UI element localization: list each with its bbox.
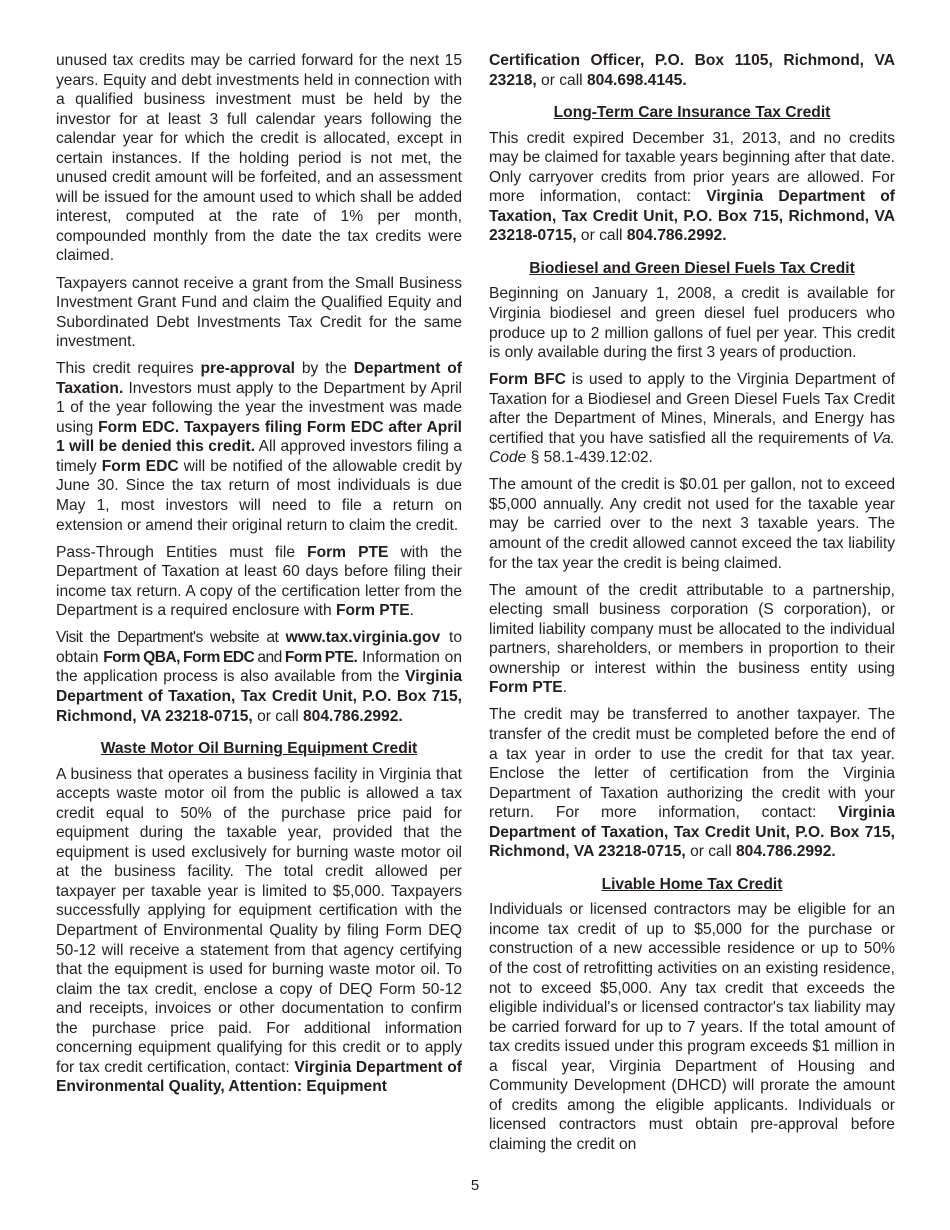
website-link[interactable]: www.tax.virginia.gov xyxy=(286,629,441,646)
text: and xyxy=(254,649,285,666)
emphasis: Form PTE. xyxy=(285,649,357,666)
text: Visit the Department's website at xyxy=(56,629,286,646)
right-column: Certification Officer, P.O. Box 1105, Ri… xyxy=(489,51,895,1162)
emphasis: Form PTE xyxy=(336,602,410,619)
section-heading-livable-home: Livable Home Tax Credit xyxy=(489,875,895,895)
text: The amount of the credit attributable to… xyxy=(489,582,895,677)
text: . xyxy=(410,602,414,619)
emphasis: Form QBA, Form EDC xyxy=(103,649,254,666)
partnership-allocation-paragraph: The amount of the credit attributable to… xyxy=(489,581,895,698)
text: . xyxy=(563,679,567,696)
small-business-grant-paragraph: Taxpayers cannot receive a grant from th… xyxy=(56,274,462,352)
section-heading-biodiesel: Biodiesel and Green Diesel Fuels Tax Cre… xyxy=(489,259,895,279)
pre-approval-paragraph: This credit requires pre-approval by the… xyxy=(56,359,462,535)
emphasis: Form PTE xyxy=(307,544,388,561)
page-number: 5 xyxy=(0,1177,950,1194)
text: A business that operates a business faci… xyxy=(56,766,462,1076)
text: by the xyxy=(295,360,354,377)
emphasis: Form PTE xyxy=(489,679,563,696)
text: § 58.1-439.12:02. xyxy=(526,449,653,466)
livable-home-paragraph: Individuals or licensed contractors may … xyxy=(489,900,895,1154)
text: The credit may be transferred to another… xyxy=(489,706,895,821)
phone-number: 804.698.4145. xyxy=(587,72,687,89)
qualified-equity-carryforward-paragraph: unused tax credits may be carried forwar… xyxy=(56,51,462,266)
credit-amount-paragraph: The amount of the credit is $0.01 per ga… xyxy=(489,475,895,573)
emphasis: Form BFC xyxy=(489,371,566,388)
emphasis: pre-approval xyxy=(201,360,295,377)
text: Pass-Through Entities must file xyxy=(56,544,307,561)
phone-number: 804.786.2992. xyxy=(627,227,727,244)
phone-number: 804.786.2992. xyxy=(736,843,836,860)
section-heading-waste-motor-oil: Waste Motor Oil Burning Equipment Credit xyxy=(56,739,462,759)
long-term-care-paragraph: This credit expired December 31, 2013, a… xyxy=(489,129,895,246)
text: or call xyxy=(537,72,587,89)
pass-through-entities-paragraph: Pass-Through Entities must file Form PTE… xyxy=(56,543,462,621)
credit-transfer-paragraph: The credit may be transferred to another… xyxy=(489,705,895,861)
form-bfc-paragraph: Form BFC is used to apply to the Virgini… xyxy=(489,370,895,468)
text: or call xyxy=(253,708,303,725)
text: or call xyxy=(577,227,627,244)
left-column: unused tax credits may be carried forwar… xyxy=(56,51,462,1104)
text: or call xyxy=(686,843,736,860)
waste-motor-oil-contact-continued: Certification Officer, P.O. Box 1105, Ri… xyxy=(489,51,895,90)
visit-website-paragraph: Visit the Department's website at www.ta… xyxy=(56,628,462,726)
emphasis: Form EDC xyxy=(102,458,179,475)
waste-motor-oil-paragraph: A business that operates a business faci… xyxy=(56,765,462,1097)
phone-number: 804.786.2992. xyxy=(303,708,403,725)
text: This credit requires xyxy=(56,360,201,377)
section-heading-long-term-care: Long-Term Care Insurance Tax Credit xyxy=(489,103,895,123)
biodiesel-intro-paragraph: Beginning on January 1, 2008, a credit i… xyxy=(489,284,895,362)
